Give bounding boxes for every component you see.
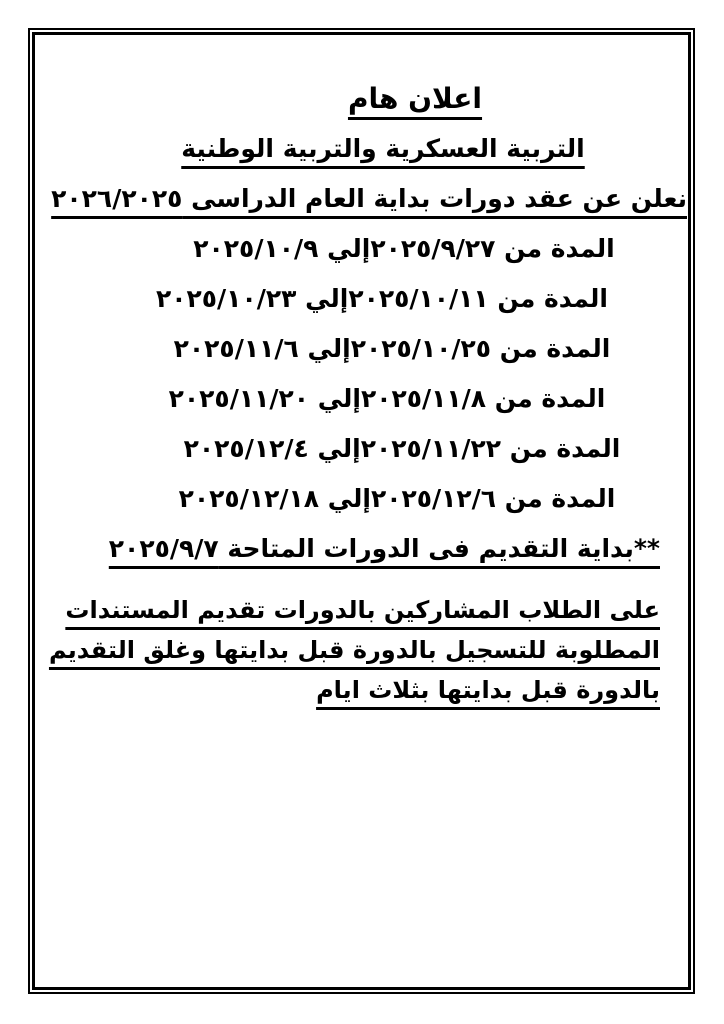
document-content: اعلان هام التربية العسكرية والتربية الوط… [50,74,660,710]
course-periods-list: المدة من ٢٠٢٥/٩/٢٧إلي ٢٠٢٥/١٠/٩ المدة من… [50,224,660,524]
instructions-line: على الطلاب المشاركين بالدورات تقديم المس… [50,590,660,630]
announcement-title: اعلان هام [110,74,720,124]
instructions-paragraph: على الطلاب المشاركين بالدورات تقديم المس… [50,590,660,710]
instructions-line: المطلوبة للتسجيل بالدورة قبل بدايتها وغل… [50,630,660,670]
document-page: اعلان هام التربية العسكرية والتربية الوط… [0,0,724,1024]
academic-year-announcement: نعلن عن عقد دورات بداية العام الدراسى ٢٠… [77,174,687,224]
department-title: التربية العسكرية والتربية الوطنية [78,124,688,174]
course-period-row: المدة من ٢٠٢٥/١٢/٦إلي ٢٠٢٥/١٢/١٨ [92,474,702,524]
application-start-note: **بداية التقديم فى الدورات المتاحة ٢٠٢٥/… [50,524,660,574]
course-period-row: المدة من ٢٠٢٥/١٠/١١إلي ٢٠٢٥/١٠/٢٣ [77,274,687,324]
course-period-row: المدة من ٢٠٢٥/١١/٨إلي ٢٠٢٥/١١/٢٠ [82,374,692,424]
instructions-line: بالدورة قبل بدايتها بثلاث ايام [50,670,660,710]
course-period-row: المدة من ٢٠٢٥/١١/٢٢إلي ٢٠٢٥/١٢/٤ [97,424,707,474]
course-period-row: المدة من ٢٠٢٥/١٠/٢٥إلي ٢٠٢٥/١١/٦ [87,324,697,374]
course-period-row: المدة من ٢٠٢٥/٩/٢٧إلي ٢٠٢٥/١٠/٩ [99,224,709,274]
